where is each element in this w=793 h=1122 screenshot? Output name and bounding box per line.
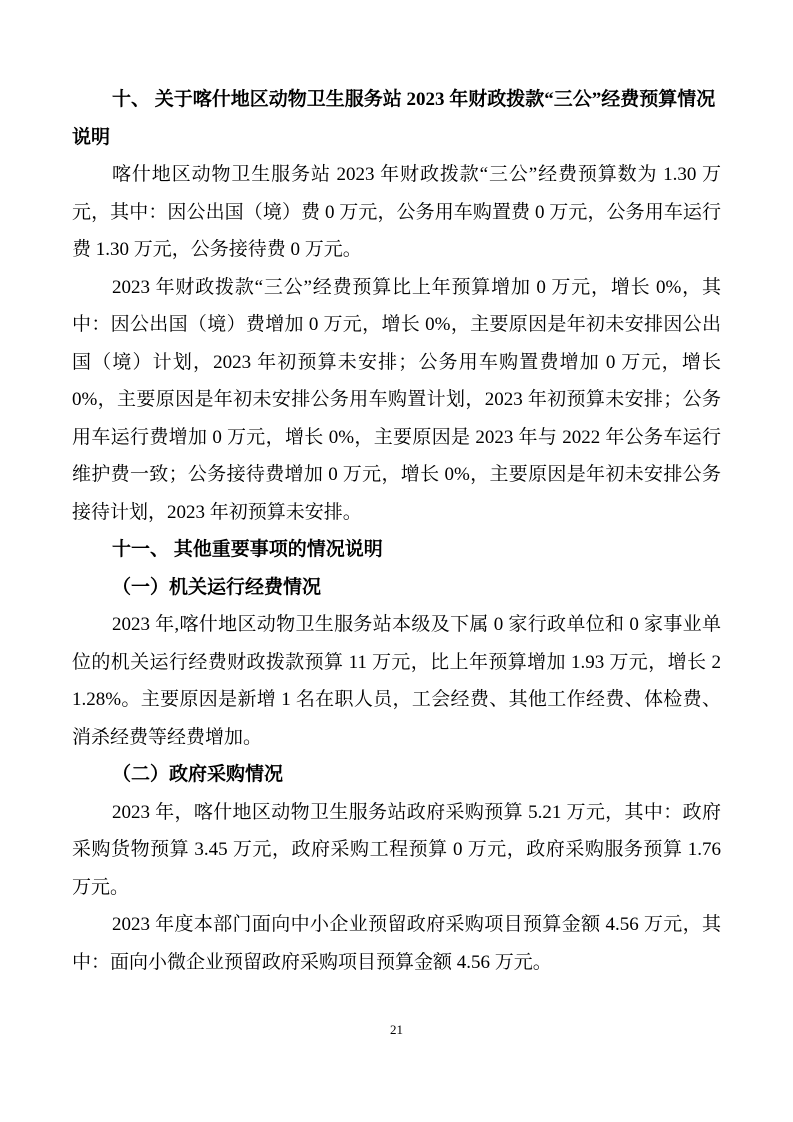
- paragraph-government-procurement: 2023 年，喀什地区动物卫生服务站政府采购预算 5.21 万元，其中：政府采购…: [72, 794, 721, 907]
- page-number: 21: [0, 1021, 793, 1039]
- subheading-government-procurement: （二）政府采购情况: [72, 756, 721, 794]
- paragraph-three-public-change: 2023 年财政拨款“三公”经费预算比上年预算增加 0 万元，增长 0%，其中：…: [72, 269, 721, 532]
- document-content: 十、 关于喀什地区动物卫生服务站 2023 年财政拨款“三公”经费预算情况说明 …: [72, 81, 721, 981]
- section-heading-ten: 十、 关于喀什地区动物卫生服务站 2023 年财政拨款“三公”经费预算情况说明: [72, 81, 721, 156]
- paragraph-agency-operating-expense: 2023 年,喀什地区动物卫生服务站本级及下属 0 家行政单位和 0 家事业单位…: [72, 606, 721, 756]
- section-heading-eleven: 十一、 其他重要事项的情况说明: [72, 531, 721, 569]
- subheading-agency-operating-expense: （一）机关运行经费情况: [72, 569, 721, 607]
- paragraph-sme-procurement: 2023 年度本部门面向中小企业预留政府采购项目预算金额 4.56 万元，其中：…: [72, 906, 721, 981]
- document-page: 十、 关于喀什地区动物卫生服务站 2023 年财政拨款“三公”经费预算情况说明 …: [0, 0, 793, 1122]
- paragraph-three-public-budget: 喀什地区动物卫生服务站 2023 年财政拨款“三公”经费预算数为 1.30 万元…: [72, 156, 721, 269]
